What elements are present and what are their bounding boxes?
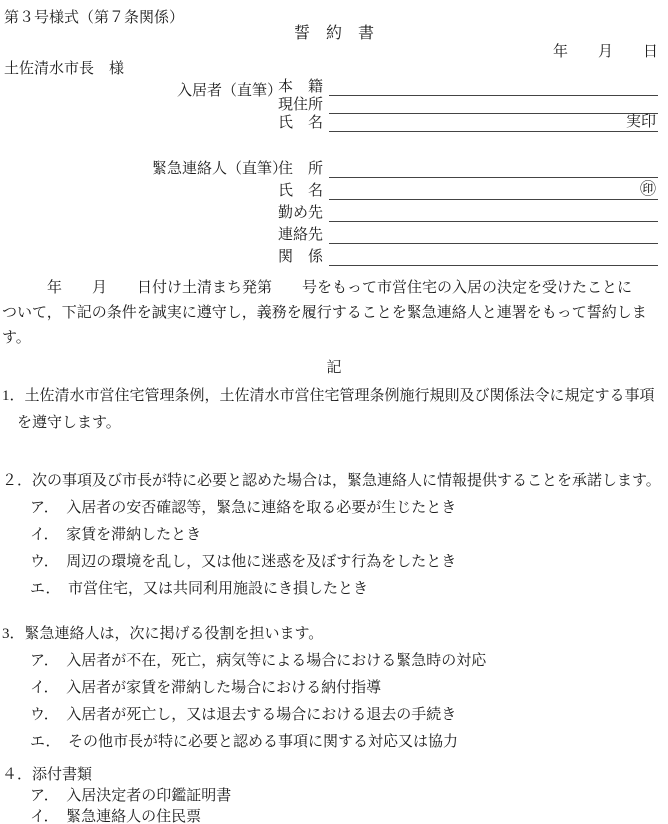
item-2-sub-u: ウ． 周辺の環境を乱し，又は他に迷惑を及ぼす行為をしたとき <box>2 549 668 576</box>
pledge-form-document: 第３号様式（第７条関係） 誓 約 書 年 月 日 土佐清水市長 様 入居者（直筆… <box>0 0 668 824</box>
item-2-sub-e: エ． 市営住宅，又は共同利用施設にき損したとき <box>2 576 668 603</box>
applicant-name-field[interactable]: 実印 <box>329 114 658 132</box>
emergency-contact-group-label: 緊急連絡人（直筆） <box>152 157 287 178</box>
registered-seal-label: 実印 <box>626 110 656 131</box>
item-4-sub-a: ア． 入居決定者の印鑑証明書 <box>2 786 668 807</box>
item-1-text: 1．土佐清水市営住宅管理条例，土佐清水市営住宅管理条例施行規則及び関係法令に規定… <box>2 383 668 437</box>
applicant-name-row: 氏 名 実印 <box>278 114 658 132</box>
item-3-sub-e: エ． その他市長が特に必要と認める事項に関する対応又は協力 <box>2 729 668 756</box>
emergency-name-field[interactable]: ㊞ <box>329 182 658 200</box>
item-2-sub-i: イ． 家賃を滞納したとき <box>2 522 668 549</box>
emergency-phone-label: 連絡先 <box>278 223 329 244</box>
emergency-name-label: 氏 名 <box>278 179 329 200</box>
applicant-name-label: 氏 名 <box>278 111 329 132</box>
emergency-workplace-field[interactable] <box>329 204 658 222</box>
item-3-contact-roles: 3．緊急連絡人は，次に掲げる役割を担います。 ア． 入居者が不在，死亡，病気等に… <box>2 621 668 756</box>
item-3-sub-i: イ． 入居者が家賃を滞納した場合における納付指導 <box>2 675 668 702</box>
emergency-name-row: 氏 名 ㊞ <box>278 178 658 200</box>
applicant-address-row: 現住所 <box>278 96 658 114</box>
item-3-sub-u: ウ． 入居者が死亡し，又は退去する場合における退去の手続き <box>2 702 668 729</box>
emergency-address-row: 住 所 <box>278 156 658 178</box>
emergency-relationship-field[interactable] <box>329 248 658 266</box>
item-1-compliance: 1．土佐清水市営住宅管理条例，土佐清水市営住宅管理条例施行規則及び関係法令に規定… <box>2 383 668 437</box>
item-4-sub-i: イ． 緊急連絡人の住民票 <box>2 807 668 824</box>
emergency-relationship-row: 関 係 <box>278 244 658 266</box>
date-line: 年 月 日 <box>553 40 658 61</box>
item-3-sub-a: ア． 入居者が不在，死亡，病気等による場合における緊急時の対応 <box>2 648 668 675</box>
emergency-workplace-label: 勤め先 <box>278 201 329 222</box>
item-2-text: ２．次の事項及び市長が特に必要と認めた場合は，緊急連絡人に情報提供することを承諾… <box>2 468 668 495</box>
item-2-sub-a: ア． 入居者の安否確認等，緊急に連絡を取る必要が生じたとき <box>2 495 668 522</box>
ki-heading: 記 <box>0 356 668 377</box>
applicant-honseki-field[interactable] <box>329 78 658 96</box>
pledge-paragraph: 年 月 日付け土清まち発第 号をもって市営住宅の入居の決定を受けたことに ついて… <box>2 276 666 351</box>
item-3-text: 3．緊急連絡人は，次に掲げる役割を担います。 <box>2 621 668 648</box>
applicant-group-label: 入居者（直筆） <box>177 79 282 100</box>
emergency-phone-row: 連絡先 <box>278 222 658 244</box>
emergency-address-field[interactable] <box>329 160 658 178</box>
item-2-information-consent: ２．次の事項及び市長が特に必要と認めた場合は，緊急連絡人に情報提供することを承諾… <box>2 468 668 603</box>
emergency-address-label: 住 所 <box>278 157 329 178</box>
addressee-mayor: 土佐清水市長 様 <box>4 57 124 78</box>
emergency-relationship-label: 関 係 <box>278 245 329 266</box>
applicant-honseki-row: 本 籍 <box>278 78 658 96</box>
emergency-workplace-row: 勤め先 <box>278 200 658 222</box>
applicant-address-field[interactable] <box>329 96 658 114</box>
emergency-phone-field[interactable] <box>329 226 658 244</box>
item-4-text: ４．添付書類 <box>2 764 668 786</box>
seal-icon: ㊞ <box>640 176 656 199</box>
item-4-attachments: ４．添付書類 ア． 入居決定者の印鑑証明書 イ． 緊急連絡人の住民票 <box>2 764 668 824</box>
